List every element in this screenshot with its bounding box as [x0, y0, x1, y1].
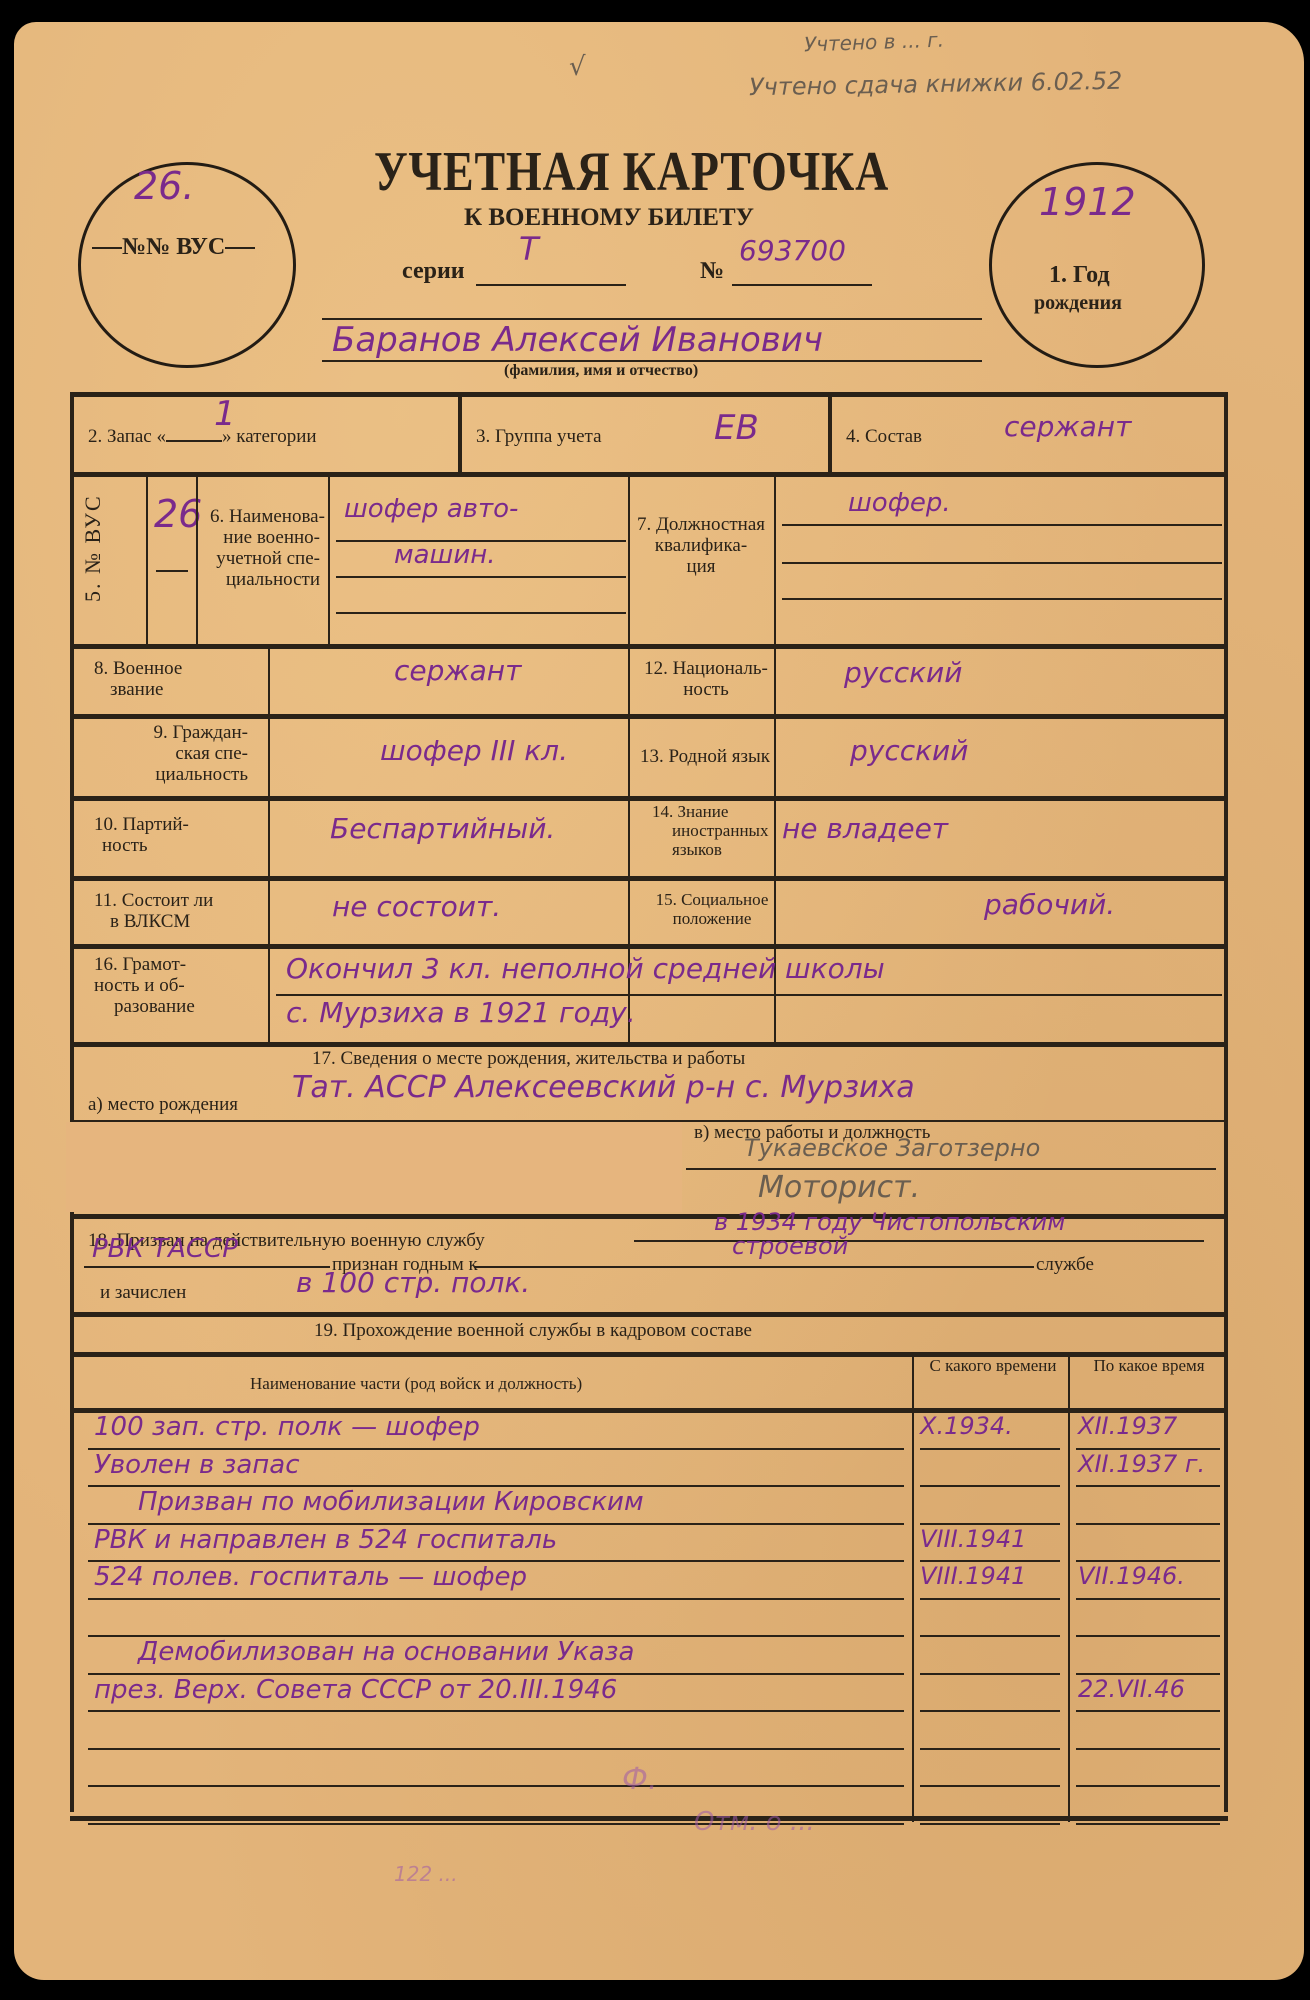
- vus-circle-value: 26.: [134, 164, 194, 208]
- pencil-note-2: Учтено сдача книжки 6.02.52: [749, 67, 1123, 102]
- civil-specialty-label-line: 9. Граждан-: [94, 722, 248, 743]
- specialty-value-1: шофер авто-: [344, 494, 518, 524]
- civil-specialty-label-line: ская спе-: [94, 743, 248, 764]
- foreign-languages-label-line: иностранных: [652, 821, 768, 840]
- row-from: X.1934.: [920, 1412, 1013, 1440]
- row-to: XII.1937 г.: [1078, 1450, 1205, 1478]
- qualification-label-line: квалифика-: [632, 535, 770, 556]
- row-unit: 524 полев. госпиталь — шофер: [94, 1562, 527, 1592]
- foreign-languages-value: не владеет: [782, 812, 948, 845]
- stamp-mark: Ф.: [622, 1762, 657, 1797]
- account-group-value: ЕВ: [714, 408, 759, 448]
- education-value-2: с. Мурзиха в 1921 году.: [286, 996, 636, 1029]
- row-unit: РВК и направлен в 524 госпиталь: [94, 1525, 557, 1555]
- party-label: 10. Партий- ность: [94, 814, 189, 856]
- row-unit: през. Верх. Совета СССР от 20.III.1946: [94, 1675, 617, 1705]
- row-to: VII.1946.: [1078, 1562, 1185, 1590]
- civil-specialty-value: шофер III кл.: [380, 734, 568, 767]
- reserve-label-pre: 2. Запас «: [88, 426, 166, 447]
- nationality-label-line: ность: [644, 679, 768, 700]
- nationality-value: русский: [844, 656, 962, 689]
- nationality-label: 12. Националь- ность: [644, 658, 768, 700]
- qualification-label: 7. Должностная квалифика- ция: [632, 514, 770, 577]
- row-from: VIII.1941: [920, 1525, 1026, 1553]
- conscription-value-b: РВК ТАССР: [92, 1234, 238, 1264]
- work-value-1: Тукаевское Заготзерно: [744, 1134, 1040, 1162]
- stamp-mark: 122 ...: [394, 1862, 458, 1886]
- number-label: №: [700, 258, 724, 285]
- rank-label-line: 8. Военное: [94, 658, 182, 679]
- education-value-1: Окончил 3 кл. неполной средней школы: [286, 952, 885, 985]
- qualification-value: шофер.: [848, 488, 951, 518]
- party-label-line: ность: [94, 835, 189, 856]
- native-language-value: русский: [850, 734, 968, 767]
- social-status-label-line: 15. Социальное: [654, 890, 770, 909]
- number-value: 693700: [739, 234, 846, 267]
- specialty-value-2: машин.: [394, 540, 496, 570]
- social-status-label: 15. Социальное положение: [654, 890, 770, 928]
- birth-year-label-1: 1. Год: [1049, 262, 1110, 289]
- birth-year-label-2: рождения: [1034, 292, 1122, 315]
- composition-label: 4. Состав: [846, 426, 922, 447]
- full-name-caption: (фамилия, имя и отчество): [504, 362, 698, 380]
- series-label: серии: [402, 258, 465, 285]
- column-header-to: По какое время: [1076, 1356, 1222, 1375]
- row-to: XII.1937: [1078, 1412, 1177, 1440]
- work-value-2: Моторист.: [758, 1170, 920, 1205]
- stamp-mark: Отм. о ...: [694, 1807, 815, 1837]
- vus-circle-label: №№ ВУС: [92, 234, 255, 261]
- vus-label-text: №№ ВУС: [122, 234, 225, 260]
- education-label: 16. Грамот- ность и об- разование: [94, 954, 195, 1017]
- row-unit: Призван по мобилизации Кировским: [138, 1487, 644, 1517]
- row-to: 22.VII.46: [1078, 1675, 1185, 1703]
- vus-number-label: 5. № ВУС: [82, 494, 103, 602]
- page-title: УЧЕТНАЯ КАРТОЧКА: [374, 140, 889, 204]
- foreign-languages-label: 14. Знание иностранных языков: [652, 802, 768, 859]
- pencil-note-1: Учтено в ... г.: [804, 28, 945, 57]
- rank-value: сержант: [394, 654, 521, 687]
- birth-year-value: 1912: [1039, 180, 1136, 224]
- page-subtitle: К ВОЕННОМУ БИЛЕТУ: [464, 204, 754, 232]
- column-header-from: С какого времени: [918, 1356, 1068, 1375]
- section17-title: 17. Сведения о месте рождения, жительств…: [312, 1048, 745, 1069]
- specialty-label: 6. Наименова- ние военно- учетной спе- ц…: [210, 506, 320, 590]
- social-status-label-line: положение: [654, 909, 770, 928]
- education-label-line: разование: [94, 996, 195, 1017]
- account-group-label: 3. Группа учета: [476, 426, 602, 447]
- enlisted-label: и зачислен: [100, 1282, 186, 1303]
- civil-specialty-label: 9. Граждан- ская спе- циальность: [94, 722, 248, 785]
- row-unit: Демобилизован на основании Указа: [138, 1637, 634, 1667]
- party-label-line: 10. Партий-: [94, 814, 189, 835]
- enlisted-value: в 100 стр. полк.: [296, 1266, 530, 1299]
- row-unit: Уволен в запас: [94, 1450, 300, 1480]
- komsomol-label-line: в ВЛКСМ: [94, 911, 213, 932]
- qualification-label-line: 7. Должностная: [632, 514, 770, 535]
- row-from: VIII.1941: [920, 1562, 1026, 1590]
- full-name: Баранов Алексей Иванович: [332, 320, 823, 360]
- specialty-label-line: 6. Наименова-: [210, 506, 320, 527]
- specialty-label-line: ние военно-: [210, 527, 320, 548]
- rank-label-line: звание: [94, 679, 182, 700]
- checkmark-icon: √: [569, 52, 586, 82]
- party-value: Беспартийный.: [330, 812, 555, 845]
- series-value: Т: [519, 230, 539, 268]
- section19-title: 19. Прохождение военной службы в кадрово…: [314, 1320, 752, 1341]
- qualification-label-line: ция: [632, 556, 770, 577]
- birthplace-value: Тат. АССР Алексеевский р-н с. Мурзиха: [292, 1070, 915, 1105]
- row-unit: 100 зап. стр. полк — шофер: [94, 1412, 480, 1442]
- komsomol-label-line: 11. Состоит ли: [94, 890, 213, 911]
- fit-label-post: службе: [1036, 1254, 1094, 1275]
- education-label-line: ность и об-: [94, 975, 195, 996]
- komsomol-label: 11. Состоит ли в ВЛКСМ: [94, 890, 213, 932]
- rank-label: 8. Военное звание: [94, 658, 182, 700]
- social-status-value: рабочий.: [984, 888, 1115, 921]
- redacted-area: [66, 1122, 682, 1212]
- specialty-label-line: циальности: [210, 569, 320, 590]
- composition-value: сержант: [1004, 410, 1131, 443]
- komsomol-value: не состоит.: [332, 890, 501, 923]
- specialty-label-line: учетной спе-: [210, 548, 320, 569]
- fit-value: строевой: [732, 1232, 848, 1260]
- civil-specialty-label-line: циальность: [94, 764, 248, 785]
- column-header-unit: Наименование части (род войск и должност…: [250, 1374, 582, 1393]
- reserve-label-post: » категории: [222, 426, 317, 447]
- native-language-label: 13. Родной язык: [640, 746, 770, 767]
- education-label-line: 16. Грамот-: [94, 954, 195, 975]
- reserve-value: 1: [214, 394, 236, 434]
- reserve-label: 2. Запас «» категории: [88, 426, 317, 447]
- foreign-languages-label-line: языков: [652, 840, 768, 859]
- foreign-languages-label-line: 14. Знание: [652, 802, 768, 821]
- birthplace-label: а) место рождения: [88, 1094, 238, 1115]
- record-card: Учтено в ... г. Учтено сдача книжки 6.02…: [14, 22, 1304, 1980]
- nationality-label-line: 12. Националь-: [644, 658, 768, 679]
